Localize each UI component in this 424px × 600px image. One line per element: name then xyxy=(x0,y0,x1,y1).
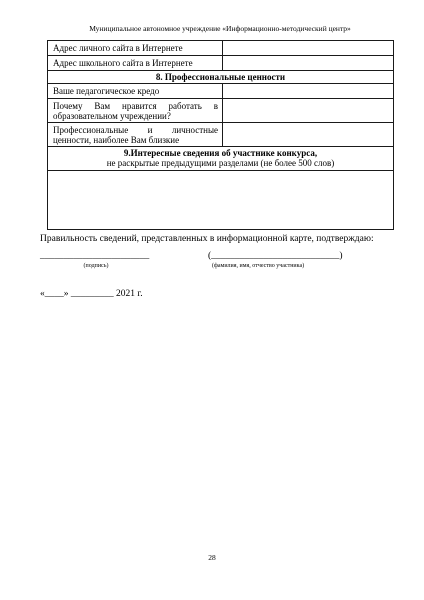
table-row: Ваше педагогическое кредо xyxy=(48,84,394,99)
label-personal-values: Профессиональные и личностные ценности, … xyxy=(48,123,223,147)
date-blank-line[interactable]: «____» _________ 2021 г. xyxy=(40,289,143,299)
table-row: 8. Профессиональные ценности xyxy=(48,71,394,84)
section-9-subtitle: не раскрытые предыдущими разделами (не б… xyxy=(52,158,389,168)
table-row: Адрес школьного сайта в Интернете xyxy=(48,56,394,71)
signature-caption: (подпись) xyxy=(40,263,152,269)
signature-blank-line[interactable]: _______________________ xyxy=(40,251,149,261)
label-personal-website: Адрес личного сайта в Интернете xyxy=(48,41,223,56)
input-cell-personal-website[interactable] xyxy=(223,41,394,56)
info-card-table: Адрес личного сайта в Интернете Адрес шк… xyxy=(47,40,394,230)
confirmation-statement: Правильность сведений, представленных в … xyxy=(40,234,390,245)
table-row: Почему Вам нравится работать в образоват… xyxy=(48,99,394,123)
section-9-title: 9.Интересные сведения об участнике конку… xyxy=(52,148,389,158)
input-cell-why-like-working[interactable] xyxy=(223,99,394,123)
participant-name-blank-line[interactable]: (___________________________) xyxy=(208,251,343,261)
participant-name-caption: (фамилия, имя, отчество участника) xyxy=(212,263,304,269)
document-page: Муниципальное автономное учреждение «Инф… xyxy=(0,0,424,600)
table-row: Адрес личного сайта в Интернете xyxy=(48,41,394,56)
label-pedagogical-credo: Ваше педагогическое кредо xyxy=(48,84,223,99)
section-9-header: 9.Интересные сведения об участнике конку… xyxy=(48,147,394,170)
label-school-website: Адрес школьного сайта в Интернете xyxy=(48,56,223,71)
table-row: 9.Интересные сведения об участнике конку… xyxy=(48,147,394,170)
table-row xyxy=(48,170,394,229)
section-8-header: 8. Профессиональные ценности xyxy=(48,71,394,84)
input-cell-pedagogical-credo[interactable] xyxy=(223,84,394,99)
input-cell-personal-values[interactable] xyxy=(223,123,394,147)
input-cell-school-website[interactable] xyxy=(223,56,394,71)
page-number: 28 xyxy=(0,553,424,562)
label-why-like-working: Почему Вам нравится работать в образоват… xyxy=(48,99,223,123)
page-header: Муниципальное автономное учреждение «Инф… xyxy=(48,24,392,33)
textarea-cell-interesting-facts[interactable] xyxy=(48,170,394,229)
table-row: Профессиональные и личностные ценности, … xyxy=(48,123,394,147)
